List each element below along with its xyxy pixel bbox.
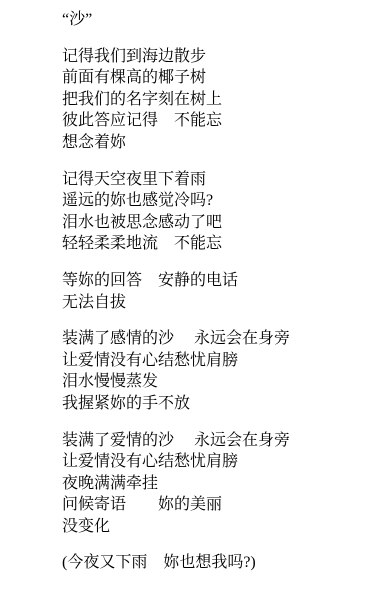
lyric-line: 遥远的妳也感觉冷吗? [62,190,370,212]
lyric-line: 我握紧妳的手不放 [62,393,370,415]
lyric-line: 轻轻柔柔地流 不能忘 [62,233,370,255]
song-title: “沙” [62,9,370,31]
lyric-line: 记得我们到海边散步 [62,46,370,68]
lyric-line: 问候寄语 妳的美丽 [62,494,370,516]
lyric-line: 装满了爱情的沙 永远会在身旁 [62,430,370,452]
stanza-2: 记得天空夜里下着雨 遥远的妳也感觉冷吗? 泪水也被思念感动了吧 轻轻柔柔地流 不… [62,169,370,255]
lyric-line: 让爱情没有心结愁忧肩膀 [62,350,370,372]
lyric-line: (今夜又下雨 妳也想我吗?) [62,552,370,574]
lyric-line: 装满了感情的沙 永远会在身旁 [62,328,370,350]
lyrics-page: “沙” 记得我们到海边散步 前面有棵高的椰子树 把我们的名字刻在树上 彼此答应记… [0,0,380,590]
stanza-6-outro: (今夜又下雨 妳也想我吗?) [62,552,370,574]
stanza-5: 装满了爱情的沙 永远会在身旁 让爱情没有心结愁忧肩膀 夜晚满满牵挂 问候寄语 妳… [62,430,370,538]
lyric-line: 等妳的回答 安静的电话 [62,270,370,292]
lyric-line: 泪水也被思念感动了吧 [62,212,370,234]
stanza-1: 记得我们到海边散步 前面有棵高的椰子树 把我们的名字刻在树上 彼此答应记得 不能… [62,46,370,154]
stanza-4: 装满了感情的沙 永远会在身旁 让爱情没有心结愁忧肩膀 泪水慢慢蒸发 我握紧妳的手… [62,328,370,414]
lyric-line: 泪水慢慢蒸发 [62,371,370,393]
lyric-line: 夜晚满满牵挂 [62,473,370,495]
lyric-line: 前面有棵高的椰子树 [62,67,370,89]
lyric-line: 没变化 [62,516,370,538]
lyric-line: 想念着妳 [62,132,370,154]
lyric-line: 让爱情没有心结愁忧肩膀 [62,451,370,473]
stanza-3: 等妳的回答 安静的电话 无法自拔 [62,270,370,313]
lyric-line: 记得天空夜里下着雨 [62,169,370,191]
lyric-line: 彼此答应记得 不能忘 [62,110,370,132]
lyric-line: 无法自拔 [62,292,370,314]
lyric-line: 把我们的名字刻在树上 [62,89,370,111]
